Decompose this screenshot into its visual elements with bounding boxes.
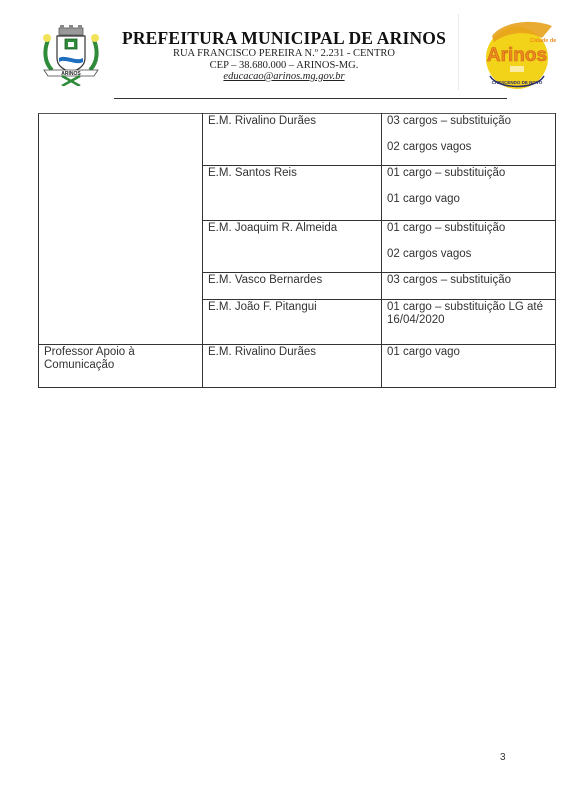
table-row: Professor Apoio à Comunicação E.M. Rival…: [39, 345, 556, 388]
coat-of-arms-icon: ARINOS: [38, 24, 104, 86]
school-cell: E.M. Joaquim R. Almeida: [203, 221, 382, 273]
cargo-cell: Professor Apoio à Comunicação: [39, 345, 203, 388]
vacancy-line: 01 cargo – substituição: [387, 222, 550, 235]
vacancy-line: 01 cargo vago: [387, 346, 550, 359]
vacancy-cell: 03 cargos – substituição 02 cargos vagos: [382, 114, 556, 166]
address-line: RUA FRANCISCO PEREIRA N.º 2.231 - CENTRO: [110, 48, 458, 60]
page-number: 3: [500, 752, 506, 763]
school-cell: E.M. Santos Reis: [203, 166, 382, 221]
vacancy-line: 03 cargos – substituição: [387, 274, 550, 287]
svg-text:Cidade de: Cidade de: [530, 38, 556, 44]
cep-line: CEP – 38.680.000 – ARINOS-MG.: [110, 60, 458, 72]
header-divider: [114, 98, 507, 99]
email-link[interactable]: educacao@arinos.mg.gov.br: [110, 71, 458, 83]
vacancy-line: 02 cargos vagos: [387, 141, 550, 154]
vacancy-cell: 01 cargo – substituição LG até 16/04/202…: [382, 300, 556, 345]
vacancies-table: E.M. Rivalino Durães 03 cargos – substit…: [38, 113, 556, 388]
vacancy-cell: 01 cargo vago: [382, 345, 556, 388]
logo-separator: [458, 14, 459, 90]
vacancy-line: 01 cargo vago: [387, 193, 550, 206]
vacancy-cell: 01 cargo – substituição 01 cargo vago: [382, 166, 556, 221]
table-row: E.M. Rivalino Durães 03 cargos – substit…: [39, 114, 556, 166]
school-cell: E.M. Rivalino Durães: [203, 114, 382, 166]
school-cell: E.M. Vasco Bernardes: [203, 273, 382, 300]
vacancy-line: 03 cargos – substituição: [387, 115, 550, 128]
school-cell: E.M. Rivalino Durães: [203, 345, 382, 388]
institution-title: PREFEITURA MUNICIPAL DE ARINOS: [110, 28, 458, 48]
school-cell: E.M. João F. Pitangui: [203, 300, 382, 345]
arinos-brand-logo-icon: Cidade de Arinos CRESCENDO DE NOVO: [472, 16, 562, 92]
vacancy-line: 01 cargo – substituição: [387, 167, 550, 180]
cargo-cell: [39, 114, 203, 345]
svg-text:Arinos: Arinos: [487, 45, 547, 66]
svg-text:CRESCENDO DE NOVO: CRESCENDO DE NOVO: [492, 80, 543, 85]
vacancy-cell: 03 cargos – substituição: [382, 273, 556, 300]
vacancy-line: 01 cargo – substituição LG até 16/04/202…: [387, 301, 550, 327]
vacancy-line: 02 cargos vagos: [387, 248, 550, 261]
letterhead: ARINOS PREFEITURA MUNICIPAL DE ARINOS RU…: [0, 0, 586, 110]
letterhead-text: PREFEITURA MUNICIPAL DE ARINOS RUA FRANC…: [110, 28, 458, 83]
vacancy-cell: 01 cargo – substituição 02 cargos vagos: [382, 221, 556, 273]
